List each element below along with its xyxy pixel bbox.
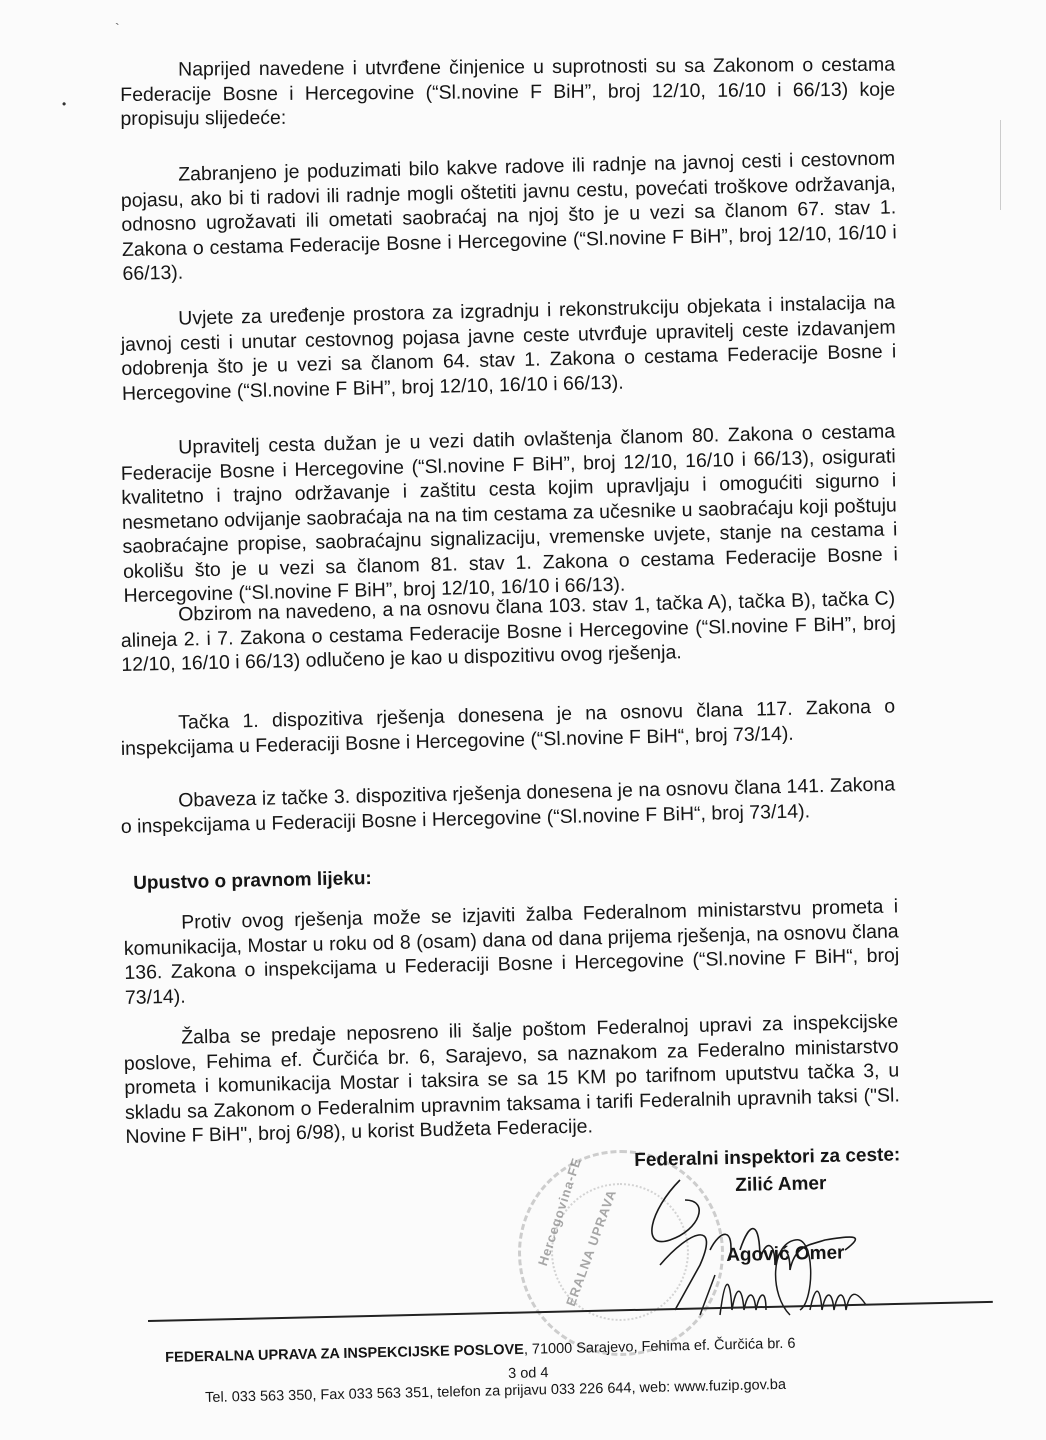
paragraph-text: Uvjete za uređenje prostora za izgradnju… — [121, 291, 897, 404]
page-indicator: 3 od 4 — [508, 1365, 549, 1382]
paragraph-text: Protiv ovog rješenja može se izjaviti ža… — [124, 895, 900, 1008]
paragraph-intro: Naprijed navedene i utvrđene činjenice u… — [120, 53, 895, 132]
paragraph-protiv: Protiv ovog rješenja može se izjaviti ža… — [123, 894, 900, 1010]
paragraph-uvjete: Uvjete za uređenje prostora za izgradnju… — [120, 290, 897, 406]
scan-speck: • — [62, 97, 66, 111]
paragraph-text: Tačka 1. dispozitiva rješenja donesena j… — [121, 695, 896, 759]
paragraph-obaveza: Obaveza iz tačke 3. dispozitiva rješenja… — [120, 772, 896, 839]
signature-title: Federalni inspektori za ceste: — [634, 1144, 900, 1172]
handwritten-signature — [640, 1170, 900, 1320]
paragraph-zalba: Žalba se predaje neposreno ili šalje poš… — [123, 1009, 901, 1149]
scan-speck: ` — [115, 20, 120, 36]
paragraph-tacka1: Tačka 1. dispozitiva rješenja donesena j… — [120, 694, 896, 761]
paragraph-text: Zabranjeno je poduzimati bilo kakve rado… — [121, 147, 897, 285]
remedy-heading: Upustvo o pravnom lijeku: — [133, 868, 372, 895]
footer-contact: Tel. 033 563 350, Fax 033 563 351, telef… — [205, 1377, 786, 1406]
paragraph-text: Žalba se predaje neposreno ili šalje poš… — [124, 1010, 900, 1148]
paragraph-text: Obzirom na navedeno, a na osnovu člana 1… — [121, 587, 896, 676]
scan-artifact-line — [1000, 120, 1001, 210]
paragraph-zabranjeno: Zabranjeno je poduzimati bilo kakve rado… — [120, 146, 898, 286]
paragraph-text: Obaveza iz tačke 3. dispozitiva rješenja… — [121, 773, 896, 837]
footer-organization: FEDERALNA UPRAVA ZA INSPEKCIJSKE POSLOVE — [165, 1342, 524, 1366]
document-page: ` • Naprijed navedene i utvrđene činjeni… — [0, 0, 1046, 1440]
paragraph-text: Naprijed navedene i utvrđene činjenice u… — [120, 54, 895, 130]
footer-address-line: FEDERALNA UPRAVA ZA INSPEKCIJSKE POSLOVE… — [165, 1336, 796, 1366]
paragraph-upravitelj: Upravitelj cesta dužan je u vezi datih o… — [120, 419, 899, 608]
paragraph-text: Upravitelj cesta dužan je u vezi datih o… — [121, 420, 899, 607]
